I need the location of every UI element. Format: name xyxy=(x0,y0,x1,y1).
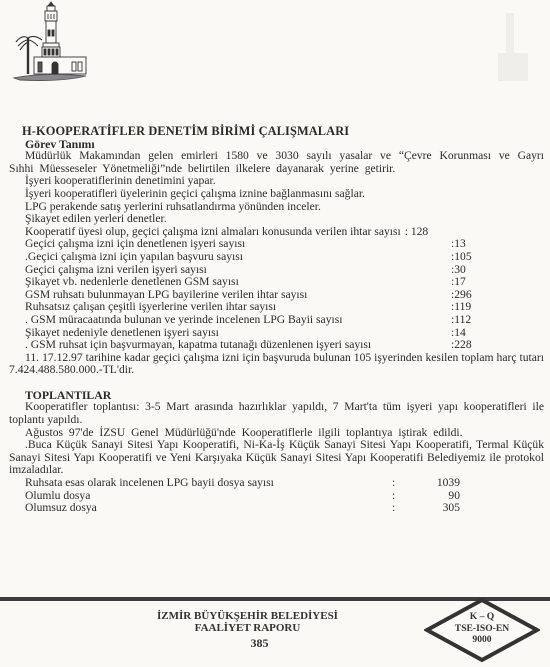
stat-row: . GSM müracaatında bulunan ve yerinde in… xyxy=(9,314,544,327)
clock-tower-icon xyxy=(12,0,88,82)
document-body: H-KOOPERATİFLER DENETİM BİRİMİ ÇALIŞMALA… xyxy=(9,125,544,515)
stat-row: .Geçici çalışma izni için yapılan başvur… xyxy=(9,251,544,264)
stat-value: :228 xyxy=(451,339,472,352)
meetings-paragraph: Kooperatifler toplantısı: 3-5 Mart arası… xyxy=(9,401,544,426)
duty-item: Şikayet edilen yerleri denetler. xyxy=(9,213,544,226)
iso-badge-text: K – Q TSE-ISO-EN 9000 xyxy=(424,611,540,646)
fee-paragraph: 11. 17.12.97 tarihine kadar geçici çalış… xyxy=(9,352,544,377)
file-count-row: Olumsuz dosya:305 xyxy=(9,502,544,515)
stat-row: Şikayet vb. nedenlerle denetlenen GSM sa… xyxy=(9,276,544,289)
stat-label: . GSM müracaatında bulunan ve yerinde in… xyxy=(9,314,451,327)
stat-value: : 128 xyxy=(401,226,429,239)
intro-paragraph: Müdürlük Makamından gelen emirleri 1580 … xyxy=(9,150,544,175)
stat-label: Şikayet vb. nedenlerle denetlenen GSM sa… xyxy=(9,276,451,289)
section-title: H-KOOPERATİFLER DENETİM BİRİMİ ÇALIŞMALA… xyxy=(9,125,544,138)
file-label: Olumsuz dosya xyxy=(25,502,392,515)
duty-item: İşyeri kooperatifleri üyelerinin geçici … xyxy=(9,188,544,201)
file-separator: : xyxy=(392,477,432,490)
stat-value: :17 xyxy=(451,276,466,289)
meetings-paragraph: .Buca Küçük Sanayi Sitesi Yapı Kooperati… xyxy=(9,439,544,477)
file-count-row: Ruhsata esas olarak incelenen LPG bayii … xyxy=(9,477,544,490)
stat-label: . GSM ruhsat için başvurmayan, kapatma t… xyxy=(9,339,451,352)
stat-label: .Geçici çalışma izni için yapılan başvur… xyxy=(9,251,451,264)
footer-organization: İZMİR BÜYÜKŞEHİR BELEDİYESİ FAALİYET RAP… xyxy=(140,611,355,634)
stat-value: :105 xyxy=(451,251,472,264)
file-separator: : xyxy=(392,490,432,503)
file-value: 305 xyxy=(432,502,460,515)
stat-row: . GSM ruhsat için başvurmayan, kapatma t… xyxy=(9,339,544,352)
file-label: Ruhsata esas olarak incelenen LPG bayii … xyxy=(25,477,392,490)
file-separator: : xyxy=(392,502,432,515)
page-number: 385 xyxy=(232,636,287,651)
stat-value: :112 xyxy=(451,314,471,327)
watermark-tower-icon xyxy=(488,8,533,83)
file-value: 1039 xyxy=(432,477,460,490)
